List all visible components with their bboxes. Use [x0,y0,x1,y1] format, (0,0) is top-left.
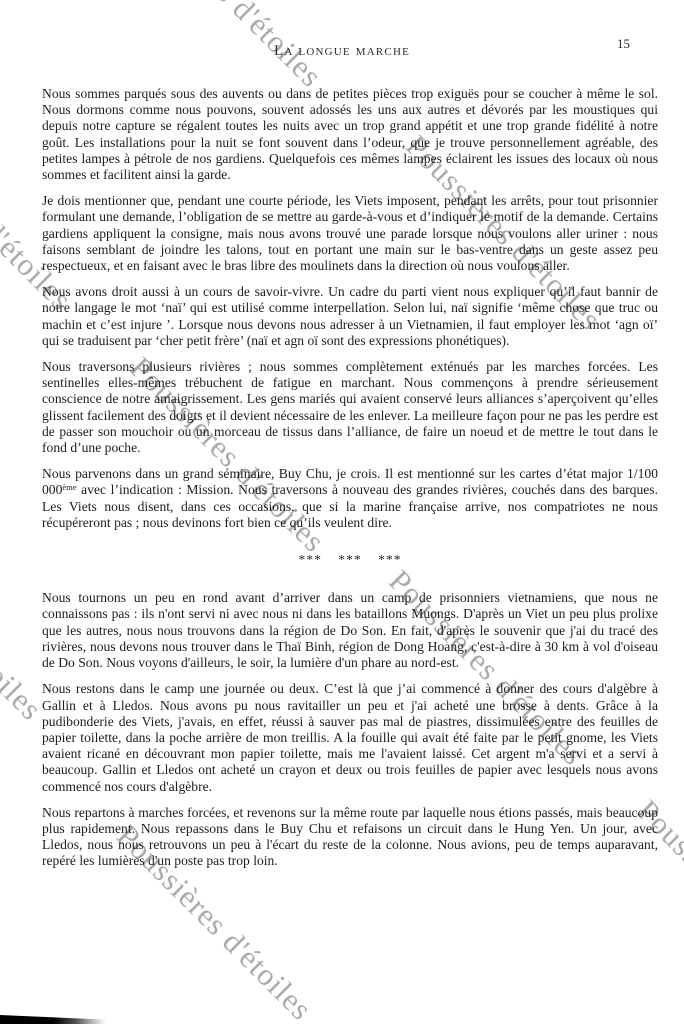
page-number: 15 [617,37,630,50]
paragraph-segment: avec l’indication : Mission. Nous traver… [42,482,658,529]
body-paragraph: Nous restons dans le camp une journée ou… [42,681,658,794]
body-paragraph: Nous traversons plusieurs rivières ; nou… [42,359,658,456]
body-paragraph: Je dois mentionner que, pendant une cour… [42,193,658,274]
body-paragraph: Nous avons droit aussi à un cours de sav… [42,284,658,349]
body-paragraph: Nous repartons à marches forcées, et rev… [42,805,658,870]
body-paragraph: Nous sommes parqués sous des auvents ou … [42,86,658,183]
superscript-ordinal: ème [62,482,76,492]
section-separator-asterisks: *** *** *** [42,552,658,568]
body-text-column: Nous sommes parqués sous des auvents ou … [42,86,658,880]
scan-artifact-bottom-left [0,1015,106,1024]
scanned-book-page: Poussières d'étoiles Poussières d'étoile… [0,0,684,1024]
body-paragraph: Nous parvenons dans un grand séminaire, … [42,466,658,531]
body-paragraph: Nous tournons un peu en rond avant d’arr… [42,590,658,671]
running-head-title: La longue marche [0,44,684,59]
